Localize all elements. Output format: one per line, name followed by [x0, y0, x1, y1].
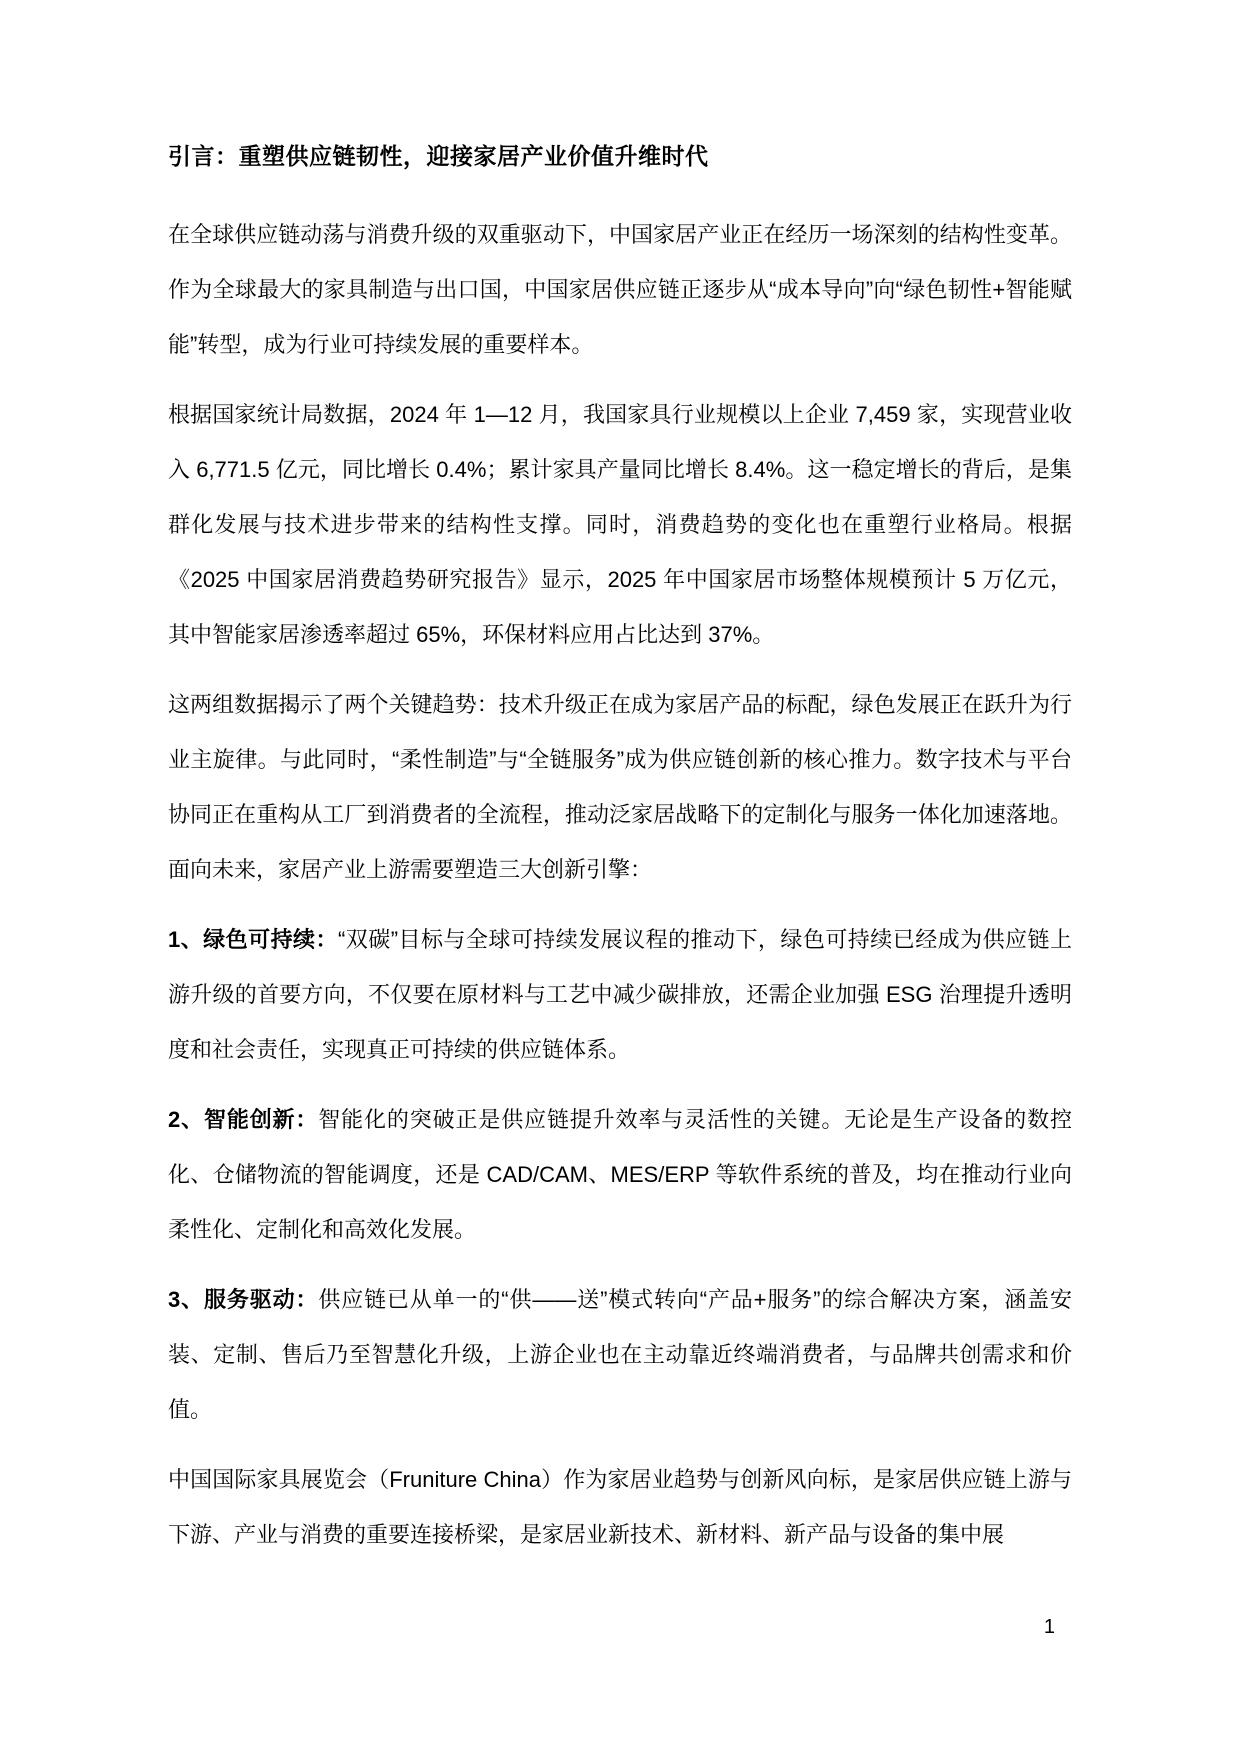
document-page: 引言：重塑供应链韧性，迎接家居产业价值升维时代 在全球供应链动荡与消费升级的双重… — [0, 0, 1240, 1754]
paragraph-lead-bold: 3、服务驱动： — [168, 1287, 318, 1312]
paragraph-smart-innovation: 2、智能创新：智能化的突破正是供应链提升效率与灵活性的关键。无论是生产设备的数控… — [168, 1092, 1072, 1257]
paragraph-text: 根据国家统计局数据，2024 年 1—12 月，我国家具行业规模以上企业 7,4… — [168, 402, 1072, 647]
paragraph-green-sustainability: 1、绿色可持续：“双碳”目标与全球可持续发展议程的推动下，绿色可持续已经成为供应… — [168, 912, 1072, 1077]
paragraph-text: 中国国际家具展览会（Fruniture China）作为家居业趋势与创新风向标，… — [168, 1467, 1072, 1547]
paragraph-text: 在全球供应链动荡与消费升级的双重驱动下，中国家居产业正在经历一场深刻的结构性变革… — [168, 222, 1072, 357]
paragraph-statistics: 根据国家统计局数据，2024 年 1—12 月，我国家具行业规模以上企业 7,4… — [168, 387, 1072, 662]
paragraph-intro: 在全球供应链动荡与消费升级的双重驱动下，中国家居产业正在经历一场深刻的结构性变革… — [168, 207, 1072, 372]
paragraph-service-driven: 3、服务驱动：供应链已从单一的“供——送”模式转向“产品+服务”的综合解决方案，… — [168, 1272, 1072, 1437]
paragraph-trends: 这两组数据揭示了两个关键趋势：技术升级正在成为家居产品的标配，绿色发展正在跃升为… — [168, 677, 1072, 897]
page-footer: 1 — [168, 1614, 1055, 1640]
paragraph-lead-bold: 2、智能创新： — [168, 1107, 318, 1132]
document-title: 引言：重塑供应链韧性，迎接家居产业价值升维时代 — [168, 141, 1072, 171]
page-number: 1 — [1044, 1616, 1055, 1638]
paragraph-furniture-china: 中国国际家具展览会（Fruniture China）作为家居业趋势与创新风向标，… — [168, 1452, 1072, 1562]
paragraph-lead-bold: 1、绿色可持续： — [168, 927, 338, 952]
paragraph-text: 这两组数据揭示了两个关键趋势：技术升级正在成为家居产品的标配，绿色发展正在跃升为… — [168, 692, 1072, 882]
